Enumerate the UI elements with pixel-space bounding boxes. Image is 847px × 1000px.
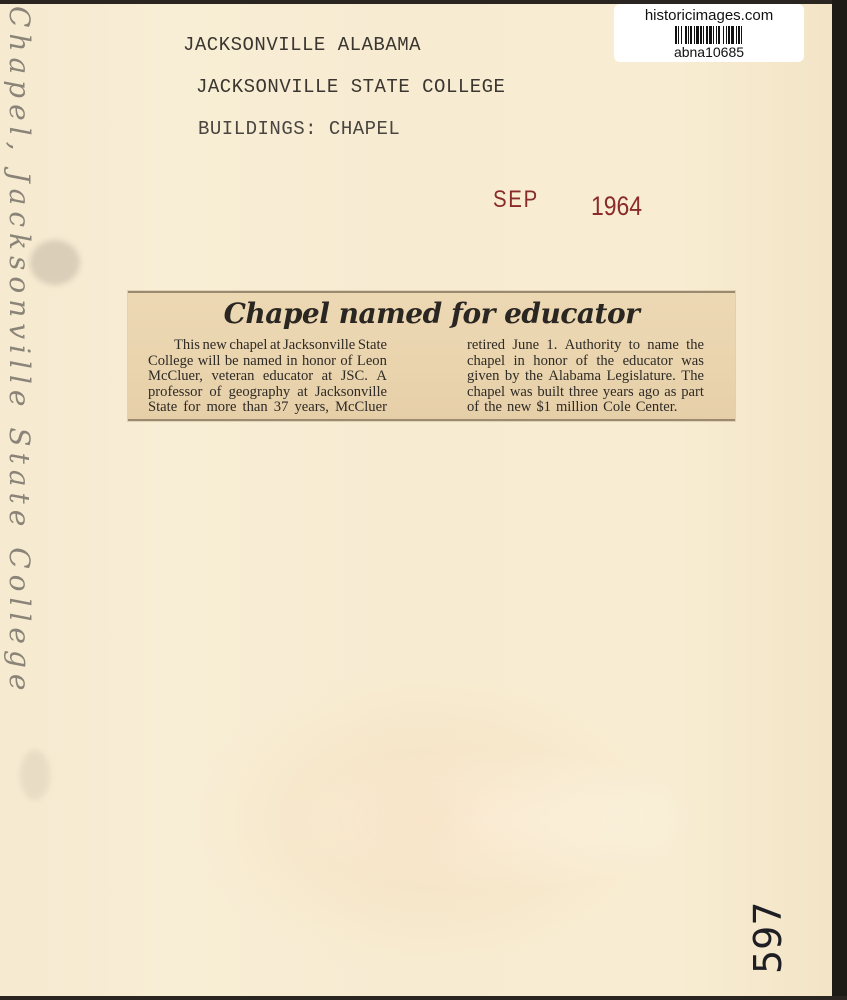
handwritten-caption-text: Chapel, Jacksonville State College bbox=[3, 6, 36, 697]
clipping-line: chapelwasbuiltthreeyearsagoaspart bbox=[467, 385, 704, 401]
clipping-line: retiredJune1.Authoritytonamethe bbox=[467, 338, 704, 354]
date-stamp-year: 1964 bbox=[591, 191, 642, 222]
clipping-line: chapelinhonoroftheeducatorwas bbox=[467, 354, 704, 370]
typed-category: BUILDINGS: CHAPEL bbox=[198, 118, 400, 140]
handwritten-number-text: 597 bbox=[746, 901, 790, 974]
scan-edge-bottom bbox=[0, 996, 847, 1000]
clipping-line: CollegewillbenamedinhonorofLeon bbox=[148, 354, 387, 370]
label-site: historicimages.com bbox=[614, 7, 804, 24]
clipping-headline: Chapel named for educator bbox=[128, 297, 735, 330]
clipping-line: ThisnewchapelatJacksonvilleState bbox=[148, 338, 387, 354]
handwritten-number: 597 bbox=[742, 918, 802, 978]
typed-institution: JACKSONVILLE STATE COLLEGE bbox=[196, 76, 505, 98]
label-code: abna10685 bbox=[614, 45, 804, 60]
typed-location: JACKSONVILLE ALABAMA bbox=[183, 34, 421, 56]
clipping-line: Stateformorethan37years,McCluer bbox=[148, 400, 387, 416]
clipping-left-column: ThisnewchapelatJacksonvilleStateCollegew… bbox=[148, 338, 387, 416]
date-stamp-month: SEP bbox=[493, 186, 539, 214]
photo-back-paper bbox=[0, 0, 832, 996]
smudge bbox=[20, 750, 50, 800]
scan-edge-right bbox=[832, 0, 847, 1000]
clipping-line: McCluer,veteraneducatoratJSC.A bbox=[148, 369, 387, 385]
clipping-line: professorofgeographyatJacksonville bbox=[148, 385, 387, 401]
clipping-line: givenbytheAlabamaLegislature.The bbox=[467, 369, 704, 385]
handwritten-caption: Chapel, Jacksonville State College bbox=[8, 6, 44, 596]
newspaper-clipping: Chapel named for educator Thisnewchapela… bbox=[128, 291, 735, 421]
clipping-right-column: retiredJune1.Authoritytonamethechapelinh… bbox=[467, 338, 704, 416]
barcode-icon bbox=[614, 26, 804, 44]
clipping-line: ofthenew$1millionColeCenter. bbox=[467, 400, 704, 416]
archive-label: historicimages.com abna10685 bbox=[614, 4, 804, 62]
